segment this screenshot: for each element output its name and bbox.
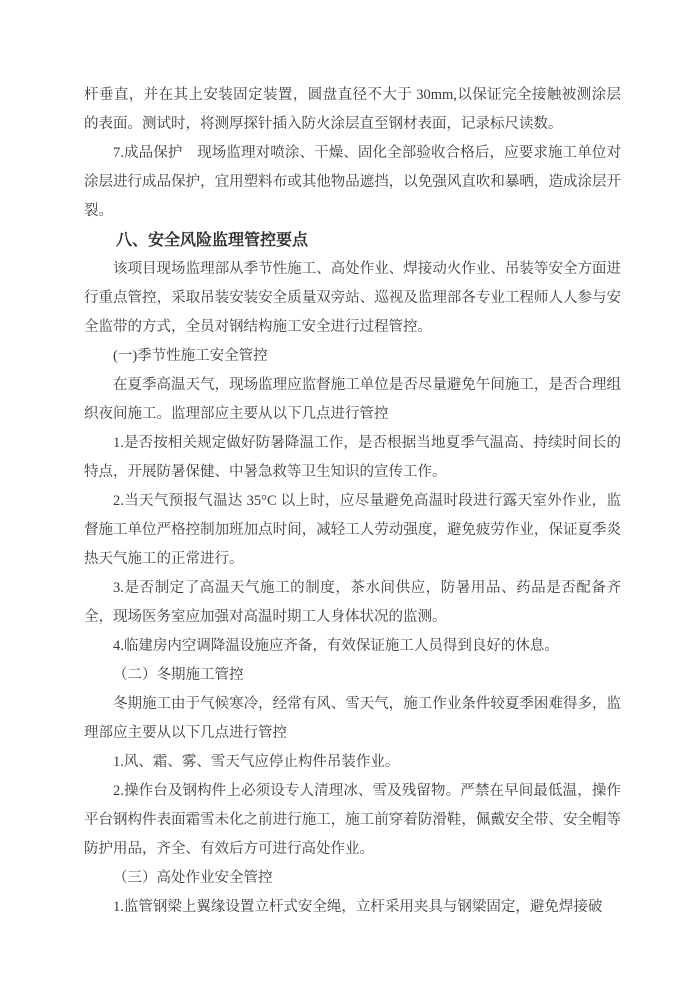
paragraph-summer-item-4: 4.临建房内空调降温设施应齐备，有效保证施工人员得到良好的休息。 bbox=[84, 632, 621, 661]
paragraph-winter-item-2: 2.操作台及钢构件上必须设专人清理冰、雪及残留物。严禁在早间最低温，操作平台钢构… bbox=[84, 777, 621, 864]
subsection-heading-seasonal-construction: (一)季节性施工安全管控 bbox=[84, 342, 621, 371]
paragraph-summer-item-2: 2.当天气预报气温达 35°C 以上时，应尽量避免高温时段进行露天室外作业，监督… bbox=[84, 487, 621, 574]
paragraph-probe-rod-continuation: 杆垂直，并在其上安装固定装置，圆盘直径不大于 30mm,以保证完全接触被测涂层的… bbox=[84, 81, 621, 139]
document-content: 杆垂直，并在其上安装固定装置，圆盘直径不大于 30mm,以保证完全接触被测涂层的… bbox=[84, 81, 621, 922]
paragraph-finished-product-protection: 7.成品保护 现场监理对喷涂、干燥、固化全部验收合格后，应要求施工单位对涂层进行… bbox=[84, 139, 621, 226]
subsection-heading-winter-construction: （二）冬期施工管控 bbox=[84, 661, 621, 690]
paragraph-height-item-1-truncated: 1.监管钢梁上翼缘设置立杆式安全绳，立杆采用夹具与钢梁固定，避免焊接破 bbox=[84, 893, 621, 922]
paragraph-winter-intro: 冬期施工由于气候寒冷，经常有风、雪天气，施工作业条件较夏季困难得多，监理部应主要… bbox=[84, 690, 621, 748]
document-page: 杆垂直，并在其上安装固定装置，圆盘直径不大于 30mm,以保证完全接触被测涂层的… bbox=[0, 0, 700, 990]
section-heading-safety-risk-control: 八、安全风险监理管控要点 bbox=[84, 226, 621, 255]
paragraph-section-intro: 该项目现场监理部从季节性施工、高处作业、焊接动火作业、吊装等安全方面进行重点管控… bbox=[84, 255, 621, 342]
subsection-heading-work-at-height: （三）高处作业安全管控 bbox=[84, 864, 621, 893]
paragraph-summer-item-1: 1.是否按相关规定做好防暑降温工作，是否根据当地夏季气温高、持续时间长的特点，开… bbox=[84, 429, 621, 487]
paragraph-summer-item-3: 3.是否制定了高温天气施工的制度，茶水间供应，防暑用品、药品是否配备齐全，现场医… bbox=[84, 574, 621, 632]
paragraph-summer-heat-intro: 在夏季高温天气，现场监理应监督施工单位是否尽量避免午间施工，是否合理组织夜间施工… bbox=[84, 371, 621, 429]
paragraph-winter-item-1: 1.风、霜、雾、雪天气应停止构件吊装作业。 bbox=[84, 748, 621, 777]
